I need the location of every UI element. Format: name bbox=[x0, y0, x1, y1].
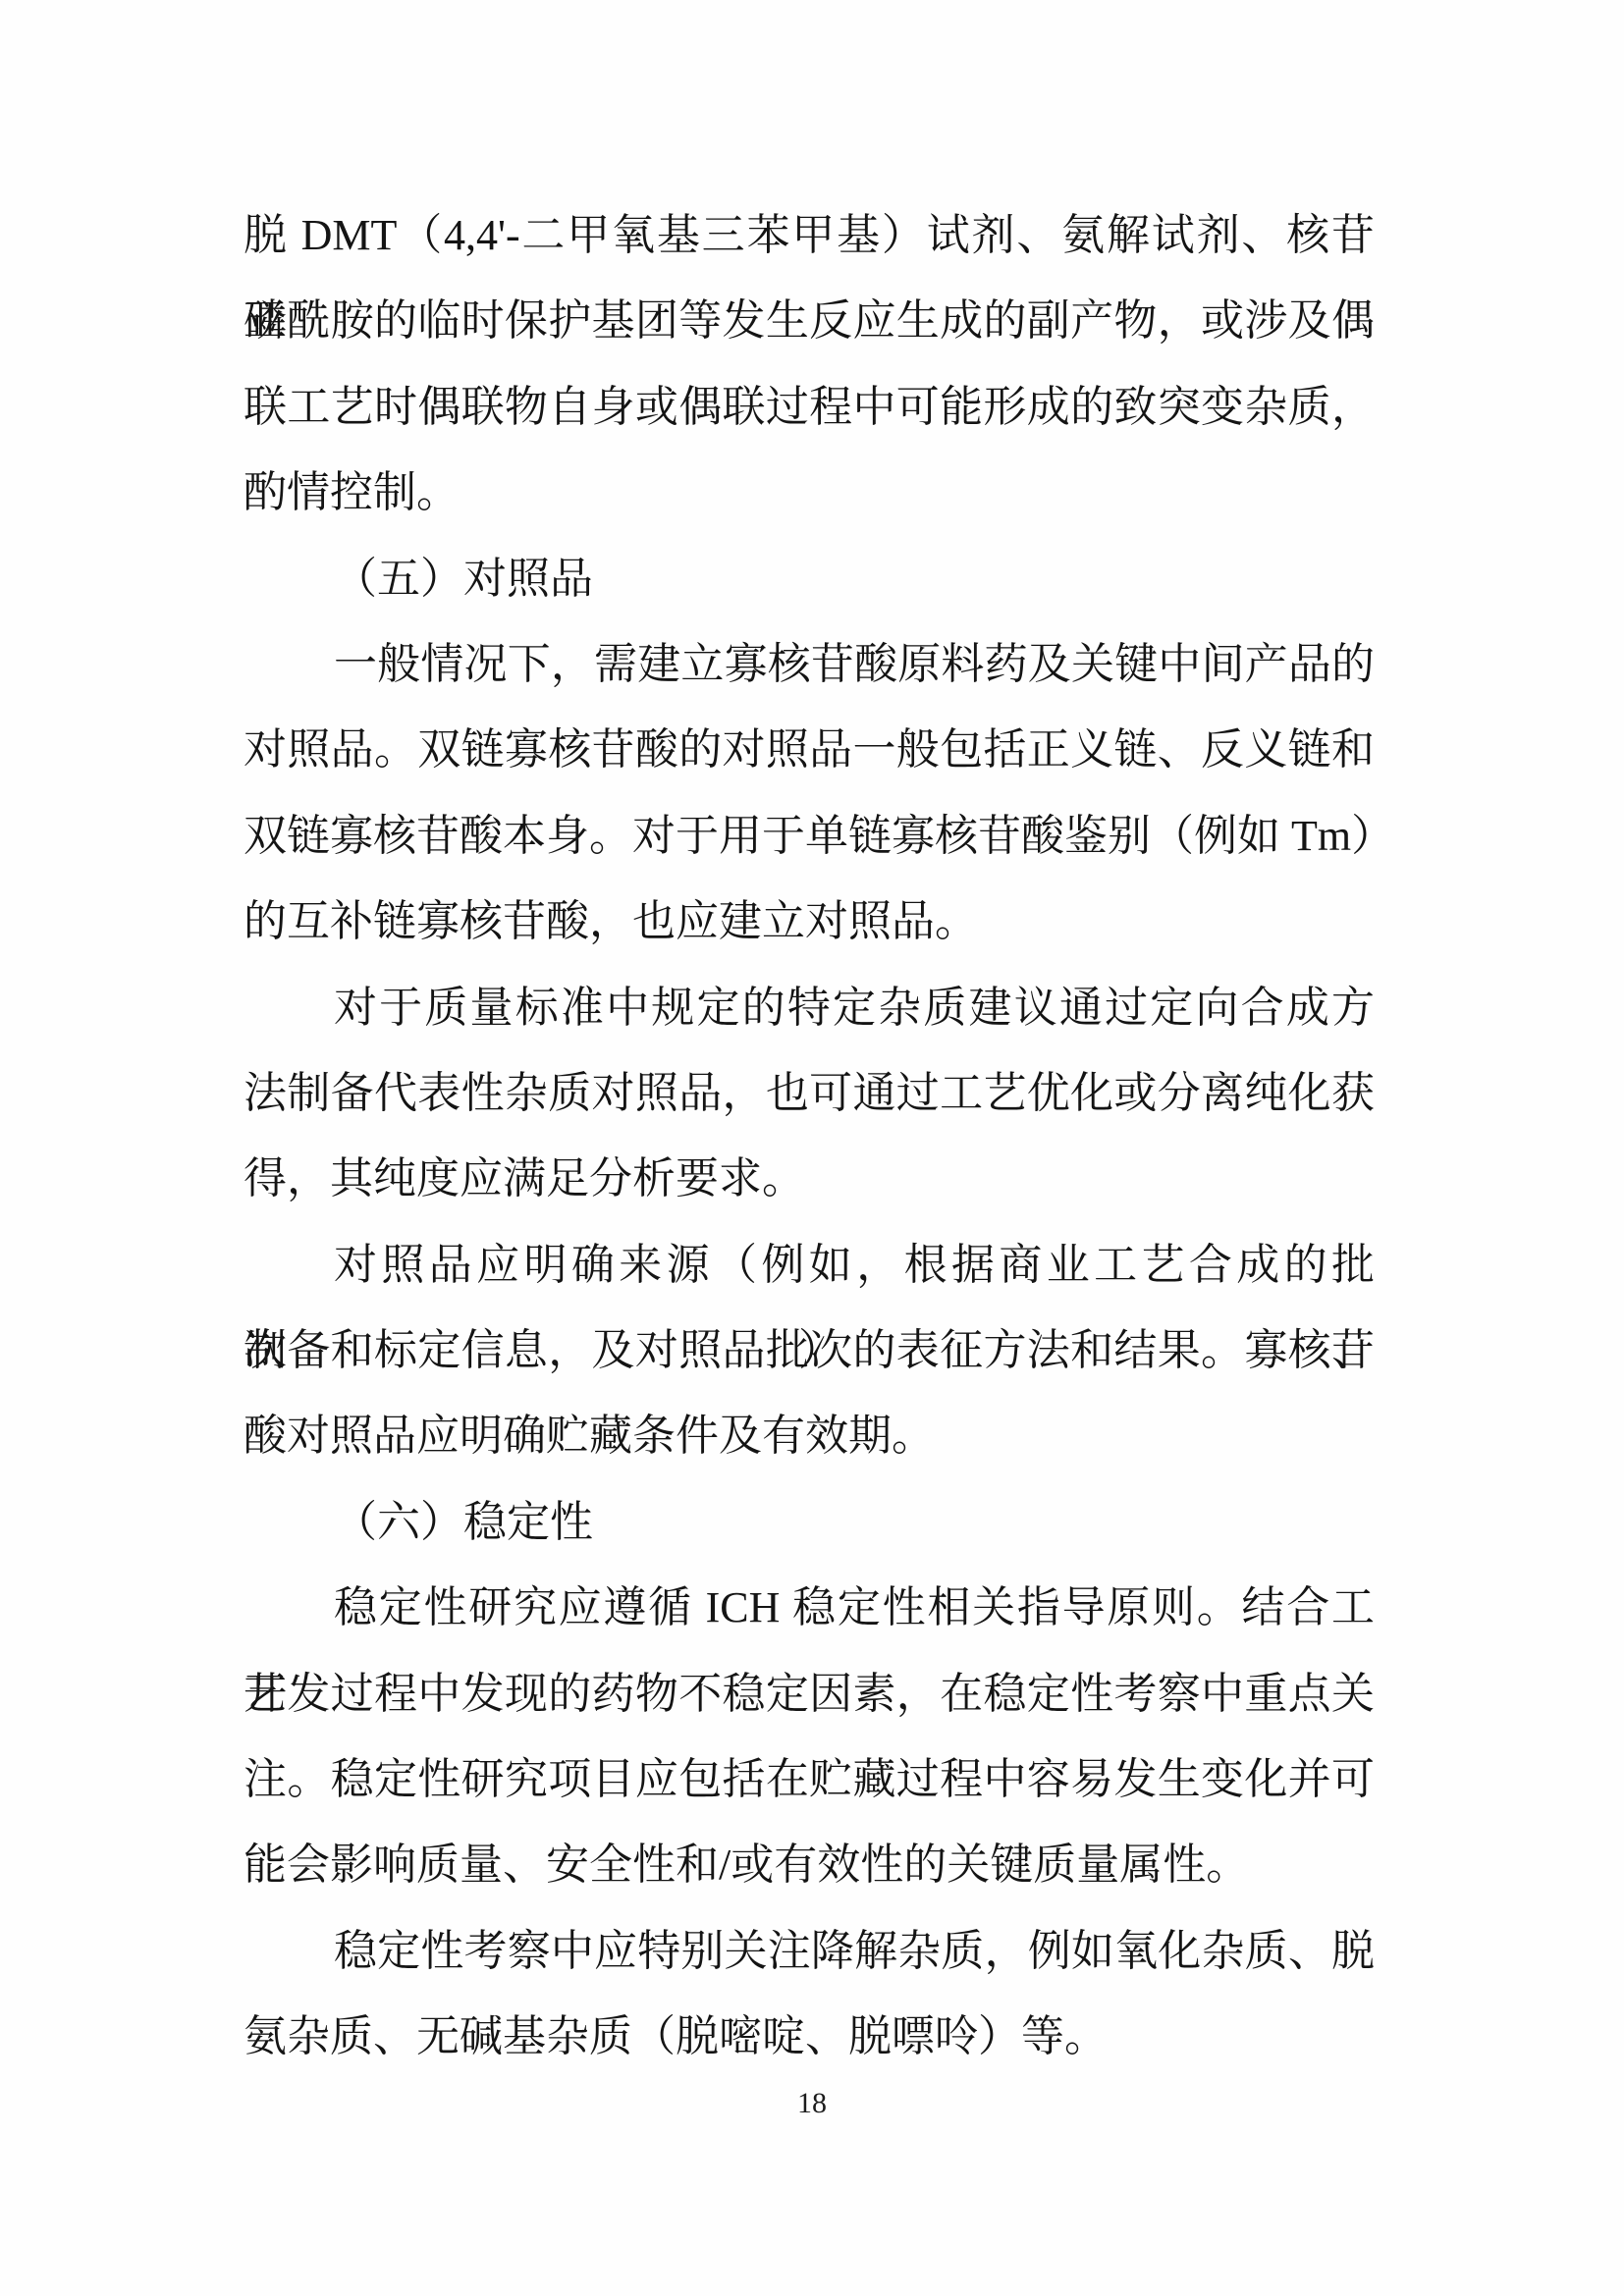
text-line: 稳定性考察中应特别关注降解杂质，例如氧化杂质、脱 bbox=[244, 1908, 1375, 1994]
text-line: 双链寡核苷酸本身。对于用于单链寡核苷酸鉴别（例如 Tm） bbox=[244, 793, 1375, 879]
text-line: 开发过程中发现的药物不稳定因素，在稳定性考察中重点关 bbox=[244, 1651, 1375, 1736]
text-line: 磷酰胺的临时保护基团等发生反应生成的副产物，或涉及偶 bbox=[244, 278, 1375, 363]
page-number: 18 bbox=[0, 2087, 1624, 2120]
text-line: 氨杂质、无碱基杂质（脱嘧啶、脱嘌呤）等。 bbox=[244, 1994, 1375, 2079]
text-line: 制备和标定信息，及对照品批次的表征方法和结果。寡核苷 bbox=[244, 1308, 1375, 1393]
text-line: 对照品。双链寡核苷酸的对照品一般包括正义链、反义链和 bbox=[244, 707, 1375, 792]
section-heading: （六）稳定性 bbox=[244, 1479, 1375, 1565]
text-line: 注。稳定性研究项目应包括在贮藏过程中容易发生变化并可 bbox=[244, 1736, 1375, 1822]
text-line: 对于质量标准中规定的特定杂质建议通过定向合成方 bbox=[244, 965, 1375, 1050]
text-line: 得，其纯度应满足分析要求。 bbox=[244, 1136, 1375, 1221]
document-body: 脱 DMT（4,4'-二甲氧基三苯甲基）试剂、氨解试剂、核苷亚磷酰胺的临时保护基… bbox=[244, 192, 1375, 2080]
text-line: 对照品应明确来源（例如，根据商业工艺合成的批次）、 bbox=[244, 1222, 1375, 1308]
section-heading: （五）对照品 bbox=[244, 536, 1375, 621]
text-line: 的互补链寡核苷酸，也应建立对照品。 bbox=[244, 879, 1375, 964]
text-line: 酌情控制。 bbox=[244, 450, 1375, 535]
text-line: 稳定性研究应遵循 ICH 稳定性相关指导原则。结合工艺 bbox=[244, 1565, 1375, 1650]
text-line: 酸对照品应明确贮藏条件及有效期。 bbox=[244, 1393, 1375, 1478]
text-line: 能会影响质量、安全性和/或有效性的关键质量属性。 bbox=[244, 1822, 1375, 1907]
text-line: 一般情况下，需建立寡核苷酸原料药及关键中间产品的 bbox=[244, 621, 1375, 707]
text-line: 法制备代表性杂质对照品，也可通过工艺优化或分离纯化获 bbox=[244, 1050, 1375, 1136]
document-page: 脱 DMT（4,4'-二甲氧基三苯甲基）试剂、氨解试剂、核苷亚磷酰胺的临时保护基… bbox=[0, 0, 1624, 2296]
text-line: 联工艺时偶联物自身或偶联过程中可能形成的致突变杂质， bbox=[244, 364, 1375, 450]
text-line: 脱 DMT（4,4'-二甲氧基三苯甲基）试剂、氨解试剂、核苷亚 bbox=[244, 192, 1375, 278]
